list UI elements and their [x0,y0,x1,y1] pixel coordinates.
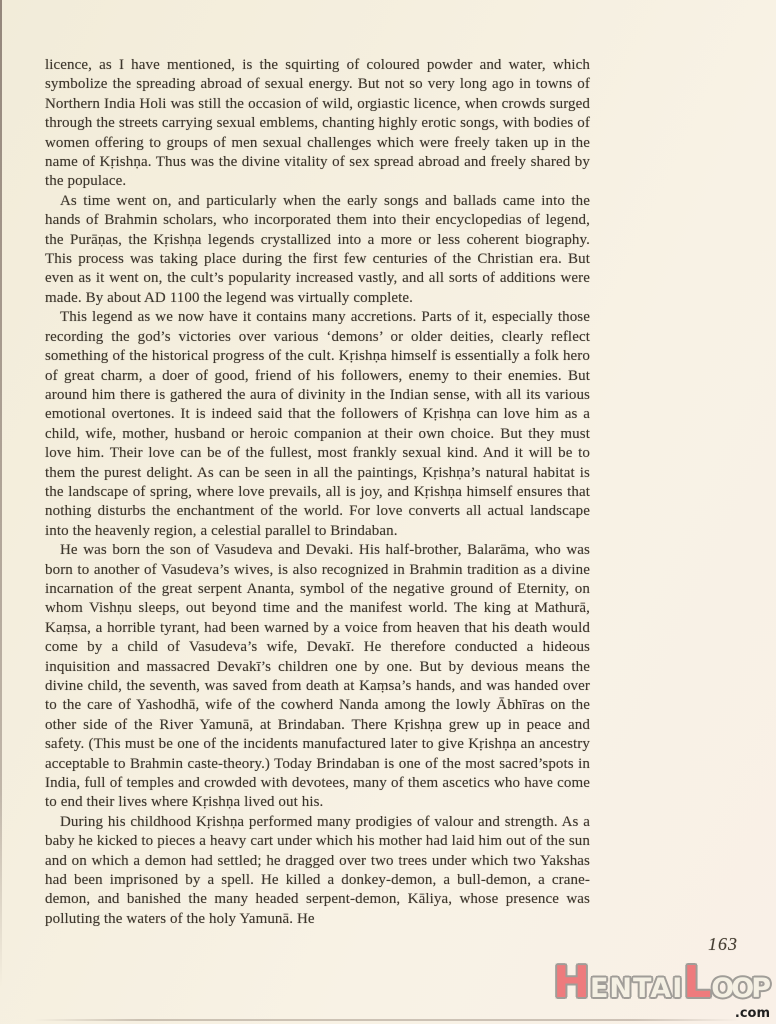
watermark-text-entai: ENTAI [590,973,683,1004]
page-bottom-edge-shadow [34,1019,740,1021]
paragraph: He was born the son of Vasudeva and Deva… [45,541,590,813]
page-text-column: licence, as I have mentioned, is the squ… [45,56,590,929]
watermark-letter-l: L [683,957,711,1008]
paragraph: This legend as we now have it contains m… [45,308,590,541]
paragraph: As time went on, and particularly when t… [45,192,590,308]
scanned-book-page: licence, as I have mentioned, is the squ… [0,0,776,1024]
watermark-text-oop: OOP [711,973,768,1004]
hentailoop-watermark-logo: HENTAILOOP .com [553,957,768,1008]
page-left-edge-shadow [0,0,2,988]
page-number: 163 [708,934,738,955]
watermark-letter-h: H [553,957,590,1008]
watermark-dot-com: .com [735,1006,770,1021]
paragraph: licence, as I have mentioned, is the squ… [45,56,590,192]
paragraph: During his childhood Kṛishṇa performed m… [45,813,590,929]
